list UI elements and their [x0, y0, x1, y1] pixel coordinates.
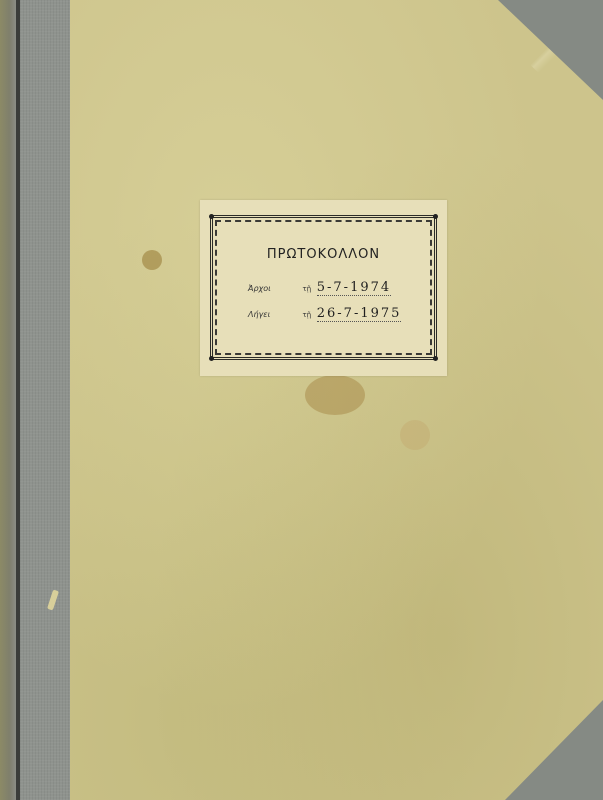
corner-dot	[209, 214, 214, 219]
wear-mark	[47, 590, 59, 611]
end-date: 26-7-1975	[317, 306, 402, 322]
stain-spot	[400, 420, 430, 450]
stain-spot	[142, 250, 162, 270]
end-tei: τῇ	[303, 311, 312, 319]
label-title: ΠΡΩΤΟΚΟΛΛΟΝ	[200, 247, 447, 262]
paper-board	[70, 0, 603, 800]
start-tei: τῇ	[303, 285, 312, 293]
corner-dot	[433, 356, 438, 361]
end-prefix: Λήγει	[248, 310, 300, 319]
spine-edge	[0, 0, 16, 800]
corner-dot	[433, 214, 438, 219]
start-prefix: Ἀρχοι	[248, 284, 300, 293]
ledger-cover: ΠΡΩΤΟΚΟΛΛΟΝ Ἀρχοι τῇ 5-7-1974 Λήγει τῇ 2…	[0, 0, 603, 800]
start-date: 5-7-1974	[317, 280, 391, 296]
title-label: ΠΡΩΤΟΚΟΛΛΟΝ Ἀρχοι τῇ 5-7-1974 Λήγει τῇ 2…	[200, 200, 447, 376]
corner-dot	[209, 356, 214, 361]
end-date-row: Λήγει τῇ 26-7-1975	[248, 306, 401, 321]
start-date-row: Ἀρχοι τῇ 5-7-1974	[248, 280, 391, 295]
cloth-spine	[20, 0, 72, 800]
stain-spot	[305, 375, 365, 415]
